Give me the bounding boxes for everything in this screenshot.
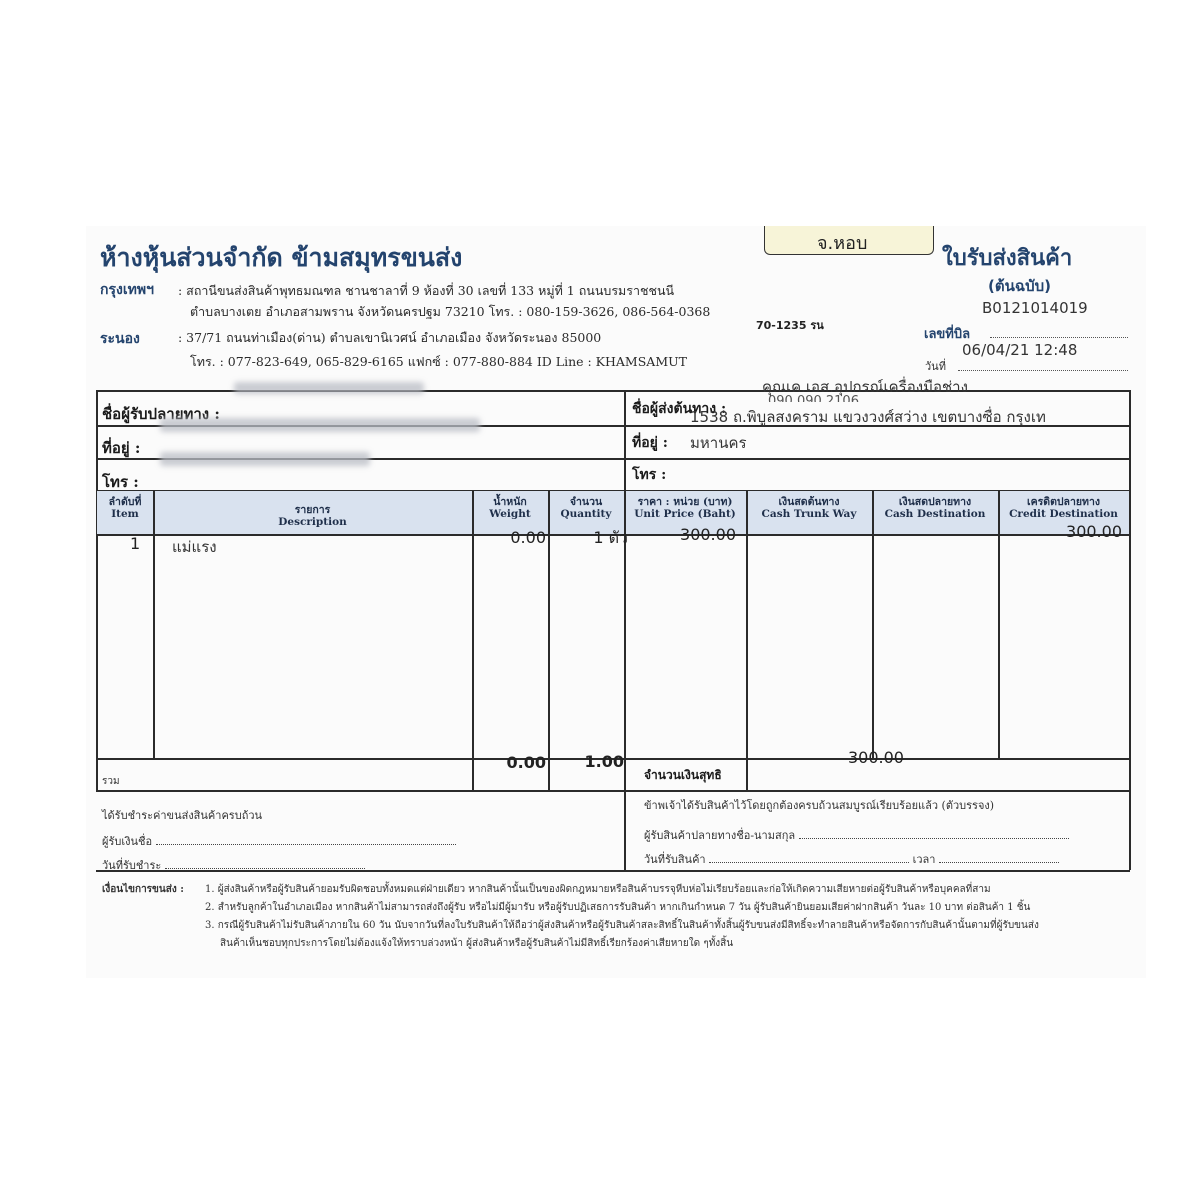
ranong-address-line2: โทร. : 077-823-649, 065-829-6165 แฟกซ์ :…: [190, 352, 687, 372]
condition-3-cont: สินค้าเห็นชอบทุกประการโดยไม่ต้องแจ้งให้ท…: [220, 936, 733, 951]
col-line-5: [746, 490, 748, 792]
col-credit-destination-header: เครดิตปลายทางCredit Destination: [998, 496, 1129, 520]
condition-3: 3. กรณีผู้รับสินค้าไม่รับสินค้าภายใน 60 …: [205, 918, 1039, 933]
col-line-6: [872, 490, 874, 758]
total-quantity: 1.00: [548, 752, 624, 771]
sender-address-line1: 1538 ถ.พิบูลสงคราม แขวงวงศ์สว่าง เขตบางซ…: [690, 405, 1046, 429]
handwritten-note: จ.หอบ: [764, 226, 934, 255]
row-weight: 0.00: [472, 528, 546, 547]
frame-left: [96, 390, 98, 790]
handwritten-note-text: จ.หอบ: [817, 228, 867, 257]
party-divider: [624, 390, 626, 490]
condition-1: 1. ผู้ส่งสินค้าหรือผู้รับสินค้ายอมรับผิด…: [205, 882, 991, 897]
date-field: [958, 370, 1128, 371]
company-name: ห้างหุ้นส่วนจำกัด ข้ามสมุทรขนส่ง: [100, 238, 462, 278]
sender-address-line2: มหานคร: [690, 431, 747, 455]
receipt-ack-text: ข้าพเจ้าได้รับสินค้าไว้โดยถูกต้องครบถ้วน…: [644, 796, 994, 814]
row-description: แม่แรง: [172, 535, 217, 559]
date-label: วันที่: [925, 357, 946, 375]
sender-address-label: ที่อยู่ :: [632, 432, 668, 454]
row-credit-destination: 300.00: [998, 522, 1122, 541]
vehicle-plate: 70-1235 รน: [756, 316, 824, 334]
sender-phone-overprint: 090 090 2106: [768, 394, 859, 402]
recipient-name-redacted: [234, 382, 424, 394]
row-item: 1: [130, 534, 140, 553]
recipient-address-redacted: [160, 418, 480, 432]
date-value: 06/04/21 12:48: [962, 341, 1077, 359]
bkk-address-line1: : สถานีขนส่งสินค้าพุทธมณฑล ชานชาลาที่ 9 …: [178, 281, 674, 301]
receiver-name-label: ผู้รับสินค้าปลายทางชื่อ-นามสกุล: [644, 826, 1069, 844]
condition-2: 2. สำหรับลูกค้าในอำเภอเมือง หากสินค้าไม่…: [205, 900, 1030, 915]
payment-received-text: ได้รับชำระค่าขนส่งสินค้าครบถ้วน: [102, 806, 262, 824]
col-weight-header: น้ำหนักWeight: [472, 496, 548, 520]
col-unit-price-header: ราคา : หน่วย (บาท)Unit Price (Baht): [624, 496, 746, 520]
col-cash-trunk-header: เงินสดต้นทางCash Trunk Way: [746, 496, 872, 520]
totals-bottom-line: [96, 790, 1130, 792]
bill-number-field: [990, 337, 1128, 338]
col-cash-destination-header: เงินสดปลายทางCash Destination: [872, 496, 998, 520]
net-amount-label: จำนวนเงินสุทธิ: [644, 766, 722, 785]
col-description-header: รายการDescription: [153, 504, 472, 528]
total-weight: 0.00: [472, 753, 546, 772]
recipient-phone-redacted: [160, 452, 370, 466]
ranong-address-line1: : 37/71 ถนนท่าเมือง(ด่าน) ตำบลเขานิเวศน์…: [178, 328, 601, 348]
row-quantity: 1 ตัว: [548, 526, 628, 551]
frame-bottom: [96, 870, 1130, 872]
payee-label: ผู้รับเงินชื่อ: [102, 832, 456, 850]
bkk-branch-label: กรุงเทพฯ: [100, 279, 154, 301]
col-item-header: ลำดับที่Item: [97, 496, 153, 520]
ranong-branch-label: ระนอง: [100, 328, 140, 350]
received-date-label: วันที่รับสินค้า เวลา: [644, 850, 1059, 868]
net-amount: 300.00: [848, 748, 904, 767]
sender-phone-label: โทร :: [632, 464, 666, 486]
frame-right: [1129, 390, 1131, 870]
document-subtitle: (ต้นฉบับ): [988, 274, 1051, 298]
document-title: ใบรับส่งสินค้า: [942, 240, 1072, 275]
row-unit-price: 300.00: [624, 525, 736, 544]
recipient-address-label: ที่อยู่ :: [102, 436, 140, 460]
total-label: รวม: [102, 774, 120, 789]
conditions-label: เงื่อนไขการขนส่ง :: [102, 882, 184, 897]
col-quantity-header: จำนวนQuantity: [548, 496, 624, 520]
document-number: B0121014019: [982, 299, 1088, 317]
bkk-address-line2: ตำบลบางเตย อำเภอสามพราน จังหวัดนครปฐม 73…: [190, 302, 710, 322]
col-line-1: [153, 490, 155, 758]
